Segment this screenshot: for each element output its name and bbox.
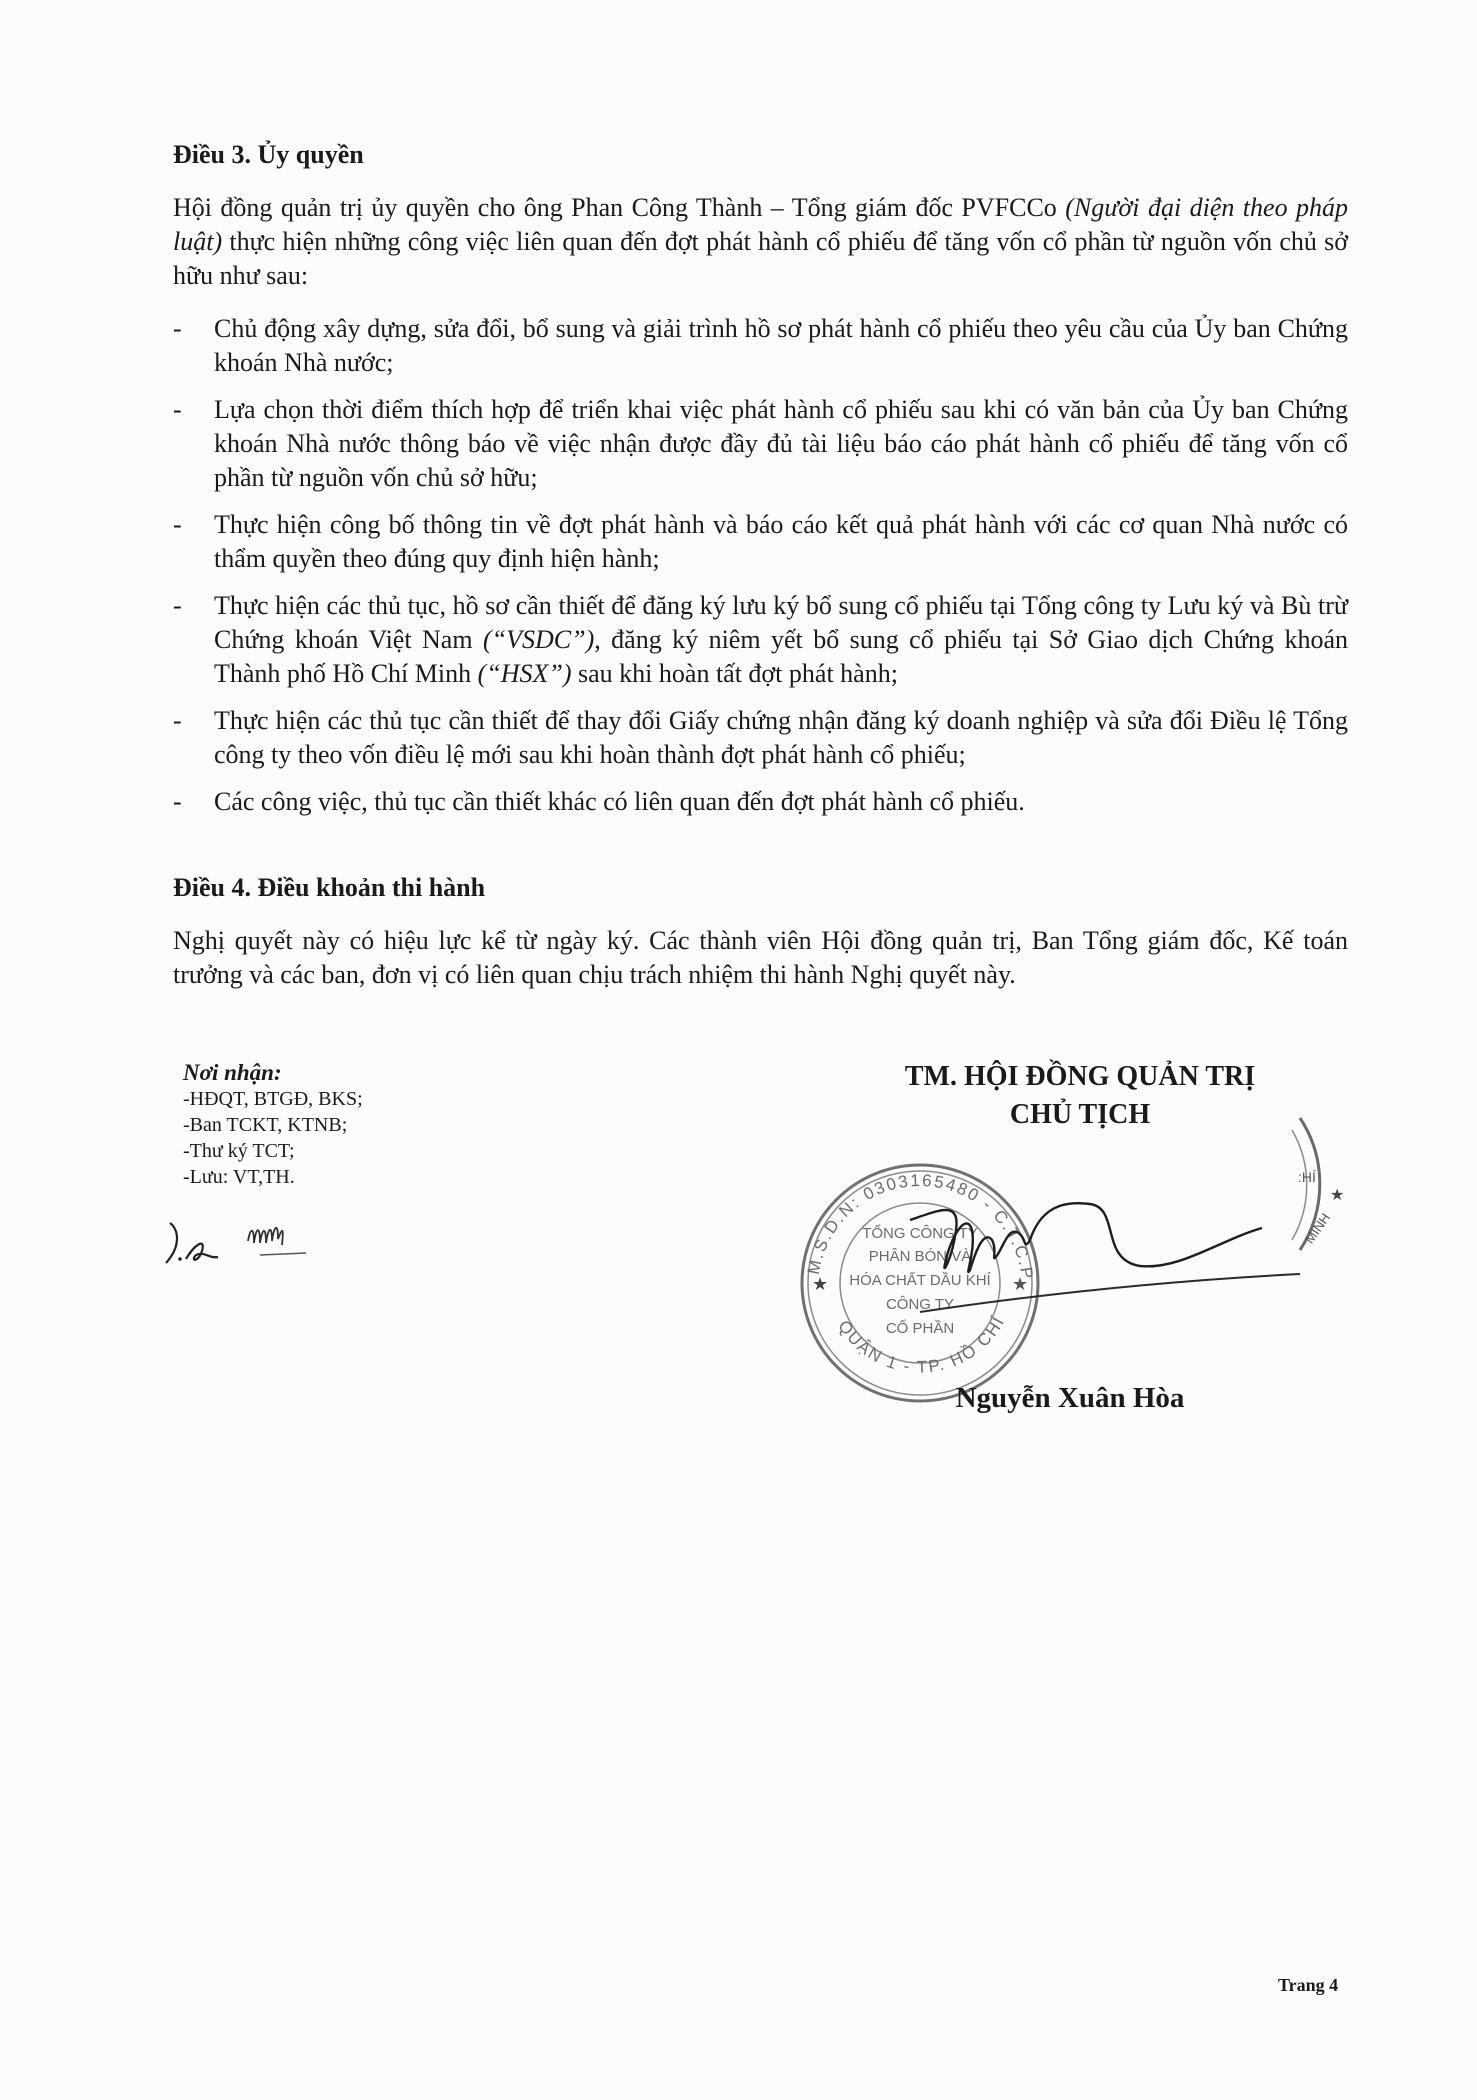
bullet-dash: -	[173, 785, 182, 819]
handwritten-signature	[880, 1170, 1300, 1340]
list-item-text: Các công việc, thủ tục cần thiết khác có…	[214, 787, 1025, 816]
list-item-text: Thực hiện các thủ tục cần thiết để thay …	[214, 706, 1348, 769]
list-item: -Thực hiện các thủ tục, hồ sơ cần thiết …	[173, 589, 1348, 691]
recipient-line: -Ban TCKT, KTNB;	[183, 1112, 363, 1138]
recipient-line: -Lưu: VT,TH.	[183, 1164, 363, 1190]
bullet-dash: -	[173, 704, 182, 738]
stamp-star-icon: ★	[812, 1274, 828, 1294]
partial-stamp-text: :HÍ	[1298, 1169, 1316, 1185]
partial-stamp-bottom: MINH	[1302, 1210, 1333, 1246]
article-3-heading: Điều 3. Ủy quyền	[173, 140, 364, 170]
list-item: -Thực hiện các thủ tục cần thiết để thay…	[173, 704, 1348, 772]
article-4-heading: Điều 4. Điều khoản thi hành	[173, 873, 485, 903]
recipient-line: -HĐQT, BTGĐ, BKS;	[183, 1086, 363, 1112]
signer-name: Nguyễn Xuân Hòa	[880, 1382, 1260, 1415]
list-item-text: Thực hiện công bố thông tin về đợt phát …	[214, 510, 1348, 573]
signature-position: CHỦ TỊCH	[820, 1096, 1340, 1134]
stamp-star-icon: ★	[1330, 1187, 1344, 1204]
intro-text: Hội đồng quản trị ủy quyền cho ông Phan …	[173, 193, 1065, 222]
recipient-line: -Thư ký TCT;	[183, 1138, 363, 1164]
authorization-list: -Chủ động xây dựng, sửa đổi, bổ sung và …	[173, 312, 1348, 832]
recipients-block: Nơi nhận: -HĐQT, BTGĐ, BKS; -Ban TCKT, K…	[183, 1060, 363, 1190]
list-item-text: Lựa chọn thời điểm thích hợp để triển kh…	[214, 395, 1348, 492]
list-item: -Lựa chọn thời điểm thích hợp để triển k…	[173, 393, 1348, 495]
bullet-dash: -	[173, 589, 182, 623]
article-4-body: Nghị quyết này có hiệu lực kể từ ngày ký…	[173, 924, 1348, 992]
recipients-title: Nơi nhận:	[183, 1060, 363, 1086]
partial-stamp: :HÍ ★ MINH	[1290, 1110, 1370, 1260]
initials-mark	[160, 1215, 320, 1275]
bullet-dash: -	[173, 312, 182, 346]
list-item-text: sau khi hoàn tất đợt phát hành;	[572, 659, 898, 688]
vsdc-abbrev: (“VSDC”)	[483, 625, 594, 654]
bullet-dash: -	[173, 508, 182, 542]
list-item-text: Chủ động xây dựng, sửa đổi, bổ sung và g…	[214, 314, 1348, 377]
hsx-abbrev: (“HSX”)	[478, 659, 572, 688]
article-3-intro: Hội đồng quản trị ủy quyền cho ông Phan …	[173, 191, 1348, 293]
list-item: -Chủ động xây dựng, sửa đổi, bổ sung và …	[173, 312, 1348, 380]
intro-text-after: thực hiện những công việc liên quan đến …	[173, 227, 1348, 290]
page-number: Trang 4	[1278, 1975, 1338, 1996]
list-item: -Các công việc, thủ tục cần thiết khác c…	[173, 785, 1348, 819]
bullet-dash: -	[173, 393, 182, 427]
list-item: -Thực hiện công bố thông tin về đợt phát…	[173, 508, 1348, 576]
signature-org-title: TM. HỘI ĐỒNG QUẢN TRỊ	[820, 1058, 1340, 1096]
